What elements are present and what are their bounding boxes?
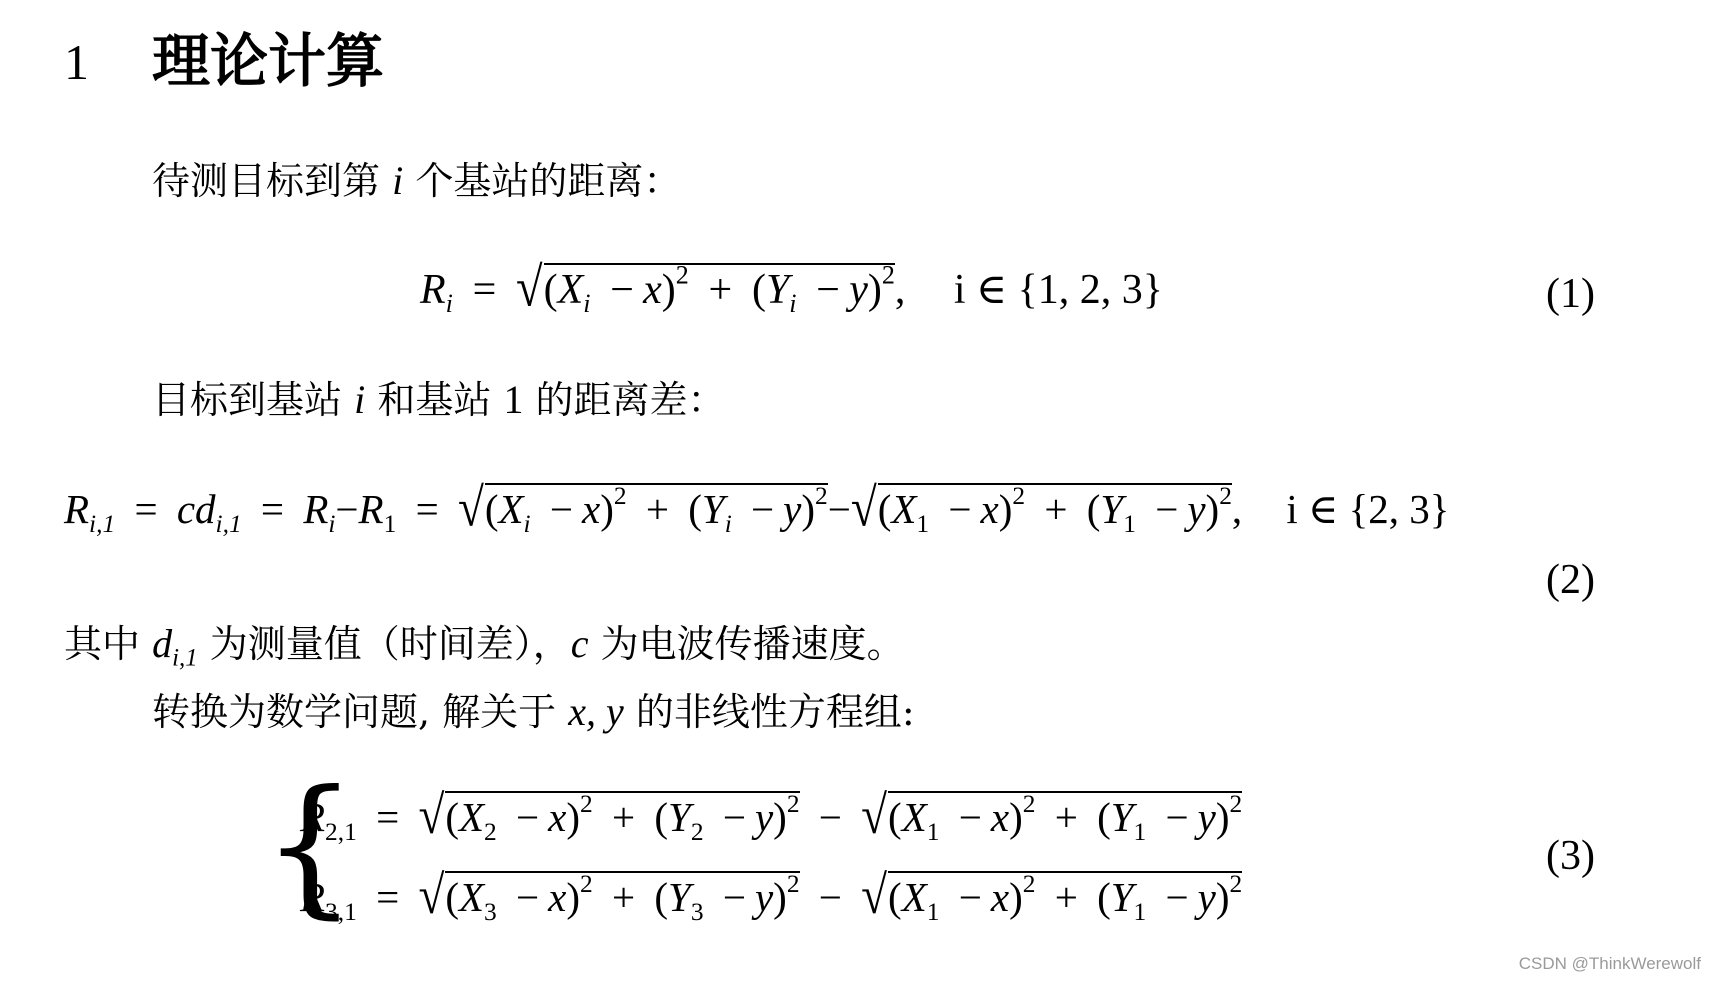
equation-3-row-1: R2,1 = √ (X2 −x)2 + (Y2 −y)2 − √ (X1 −x)…: [300, 790, 1242, 843]
paragraph-variable-definitions: 其中 di,1 为测量值（时间差），c 为电波传播速度。: [64, 618, 905, 670]
equation-1: Ri = √ (Xi −x)2 + (Yi −y)2, i ∈ {1, 2, 3…: [420, 262, 1163, 316]
equation-2-tag: (2): [1546, 554, 1595, 606]
equation-3-row-2: R3,1 = √ (X3 −x)2 + (Y3 −y)2 − √ (X1 −x)…: [300, 870, 1242, 923]
equation-2: Ri,1 = cdi,1 = Ri−R1 = √ (Xi −x)2 + (Yi …: [64, 482, 1450, 535]
paragraph-problem-statement: 转换为数学问题, 解关于 x, y 的非线性方程组:: [152, 686, 915, 738]
equation-3-tag: (3): [1546, 830, 1595, 882]
equation-3-system: { R2,1 = √ (X2 −x)2 + (Y2 −y)2 − √ (X1 −…: [0, 770, 1715, 950]
watermark: CSDN @ThinkWerewolf: [1519, 954, 1701, 974]
section-title: 理论计算: [152, 28, 384, 94]
paragraph-distance-intro: 待测目标到第 i 个基站的距离：: [152, 155, 681, 207]
square-root: √ (X1 −x)2 + (Y1 −y)2: [851, 482, 1232, 535]
equation-2-condition: i ∈ {2, 3}: [1252, 486, 1449, 532]
square-root: √ (Xi −x)2 + (Yi −y)2: [516, 262, 895, 316]
square-root: √ (Xi −x)2 + (Yi −y)2: [458, 482, 828, 535]
equation-1-tag: (1): [1546, 268, 1595, 320]
equation-1-condition: i ∈ {1, 2, 3}: [916, 267, 1163, 313]
paragraph-distance-difference: 目标到基站 i 和基站 1 的距离差：: [152, 374, 726, 426]
section-number: 1: [64, 32, 89, 92]
